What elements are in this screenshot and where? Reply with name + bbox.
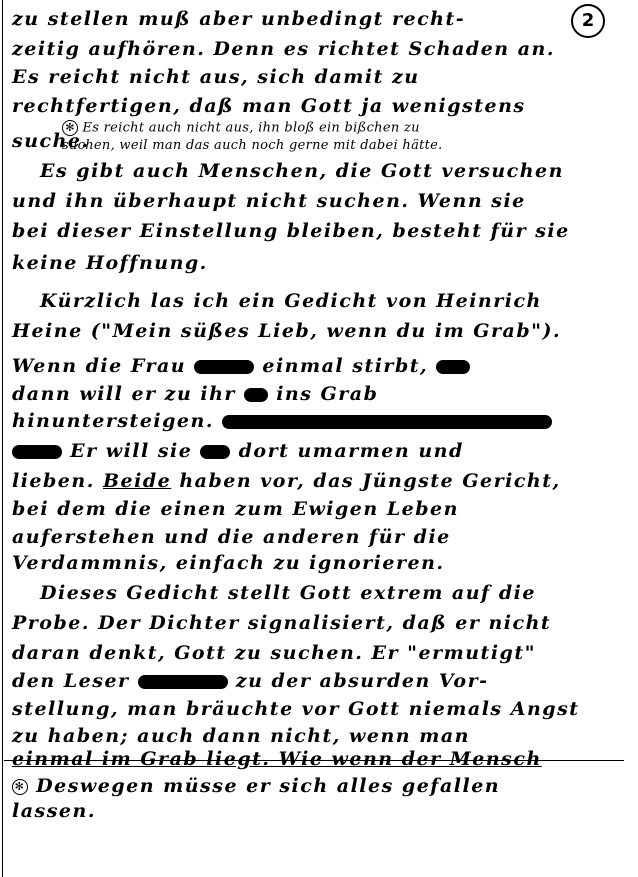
text-line: Er will sie dort umarmen und [12,440,464,462]
underlined-text: Beide [103,470,171,492]
text-span: liegt. [206,748,270,770]
scribbled-out-word [200,445,230,459]
insertion-line: suchen, weil man das auch noch gerne mit… [62,138,443,153]
text-line: Probe. Der Dichter signalisiert, daß er … [12,612,551,634]
text-span: Deswegen müsse er sich alles gefallen [36,775,500,797]
text-line: daran denkt, Gott zu suchen. Er "ermutig… [12,642,536,664]
text-line: Heine ("Mein süßes Lieb, wenn du im Grab… [12,320,561,342]
text-line-underlined: einmal im Grab liegt. Wie wenn der Mensc… [12,748,542,770]
text-span: einmal im [12,748,132,770]
text-span: zu der absurden Vor- [236,670,489,692]
text-line: zu haben; auch dann nicht, wenn man [12,725,470,747]
footnote-line: lassen. [12,800,96,822]
text-line: Es reicht nicht aus, sich damit zu [12,66,420,88]
scribbled-out-word [244,388,268,402]
text-span: den Leser [12,670,130,692]
scribbled-out-word [12,445,62,459]
scribbled-out-word [138,675,228,689]
text-span: dann will er zu ihr [12,383,236,405]
text-line: bei dieser Einstellung bleiben, besteht … [12,220,570,242]
footnote-mark-icon: ✻ [12,779,28,795]
text-line: Wenn die Frau einmal stirbt, [12,355,470,377]
text-span: Grab [140,748,198,770]
insertion-mark-icon: ✻ [62,120,78,136]
text-line: hinuntersteigen. [12,410,552,432]
text-span: Es reicht auch nicht aus, ihn bloß ein b… [82,121,419,136]
footnote-line: ✻ Deswegen müsse er sich alles gefallen [12,775,500,797]
text-line: zeitig aufhören. Denn es richtet Schaden… [12,38,555,60]
text-span: lieben. [12,470,95,492]
text-line: Dieses Gedicht stellt Gott extrem auf di… [40,582,536,604]
text-span: Wie wenn der [279,748,442,770]
text-span: Er will sie [70,440,192,462]
text-line: Kürzlich las ich ein Gedicht von Heinric… [40,290,542,312]
text-span: einmal stirbt, [262,355,428,377]
scribbled-out-phrase [222,415,552,429]
text-span: Wenn die Frau [12,355,186,377]
insertion-line: ✻ Es reicht auch nicht aus, ihn bloß ein… [62,120,420,136]
text-line: auferstehen und die anderen für die [12,526,451,548]
left-border-line [2,0,3,877]
scribbled-out-word [194,360,254,374]
text-line: Es gibt auch Menschen, die Gott versuche… [40,160,564,182]
text-line: bei dem die einen zum Ewigen Leben [12,498,459,520]
text-line: Verdammnis, einfach zu ignorieren. [12,552,445,574]
text-span: hinuntersteigen. [12,410,214,432]
page-number-circled: 2 [571,4,605,38]
text-span: dort umarmen und [239,440,464,462]
text-line: lieben. Beide haben vor, das Jüngste Ger… [12,470,561,492]
text-span: Mensch [450,748,542,770]
text-span: haben vor, das Jüngste Gericht, [179,470,560,492]
text-line: dann will er zu ihr ins Grab [12,383,378,405]
handwritten-page: 2 zu stellen muß aber unbedingt recht- z… [0,0,638,877]
text-line: rechtfertigen, daß man Gott ja wenigsten… [12,95,526,117]
text-line: stellung, man bräuchte vor Gott niemals … [12,698,580,720]
text-line: und ihn überhaupt nicht suchen. Wenn sie [12,190,526,212]
text-span: Es reicht nicht aus, sich damit zu [12,66,420,88]
footnote-divider [4,760,624,761]
text-span: ins Grab [276,383,378,405]
scribbled-out-word [436,360,470,374]
text-line: keine Hoffnung. [12,252,208,274]
text-line: zu stellen muß aber unbedingt recht- [12,8,465,30]
text-line: den Leser zu der absurden Vor- [12,670,489,692]
